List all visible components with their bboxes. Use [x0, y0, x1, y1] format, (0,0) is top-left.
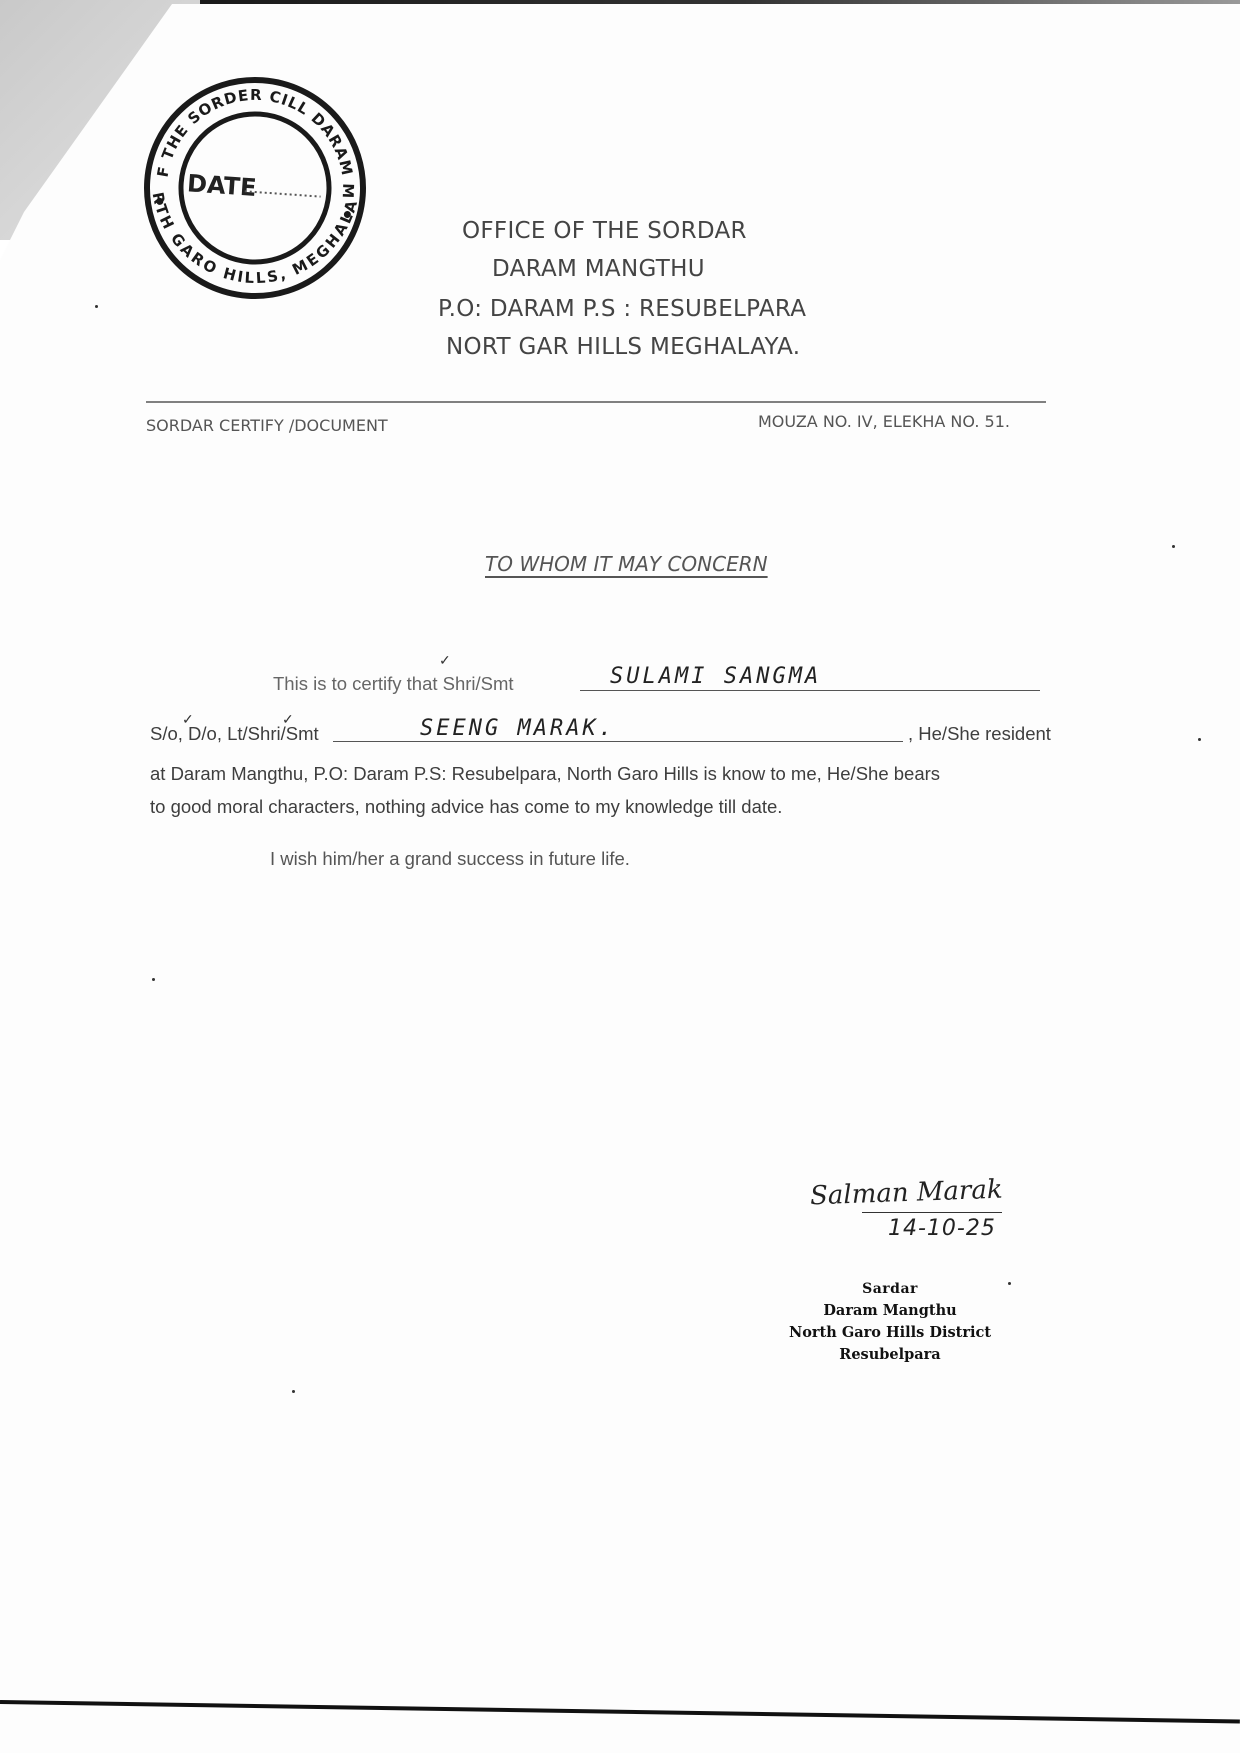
scan-speck [1198, 738, 1201, 741]
person-name-field: SULAMI SANGMA [610, 664, 821, 689]
person-name-underline [580, 690, 1040, 691]
office-location: DARAM MANGTHU [492, 256, 705, 282]
relation-prefix: S/o, D/o, Lt/Shri/Smt [150, 723, 319, 745]
office-region: NORT GAR HILLS MEGHALAYA. [446, 334, 800, 360]
scan-speck [1172, 545, 1175, 548]
relation-suffix: , He/She resident [908, 723, 1051, 745]
designation-subdivision: Resubelpara [760, 1344, 1020, 1366]
designation-village: Daram Mangthu [760, 1300, 1020, 1322]
residence-statement: at Daram Mangthu, P.O: Daram P.S: Resube… [150, 763, 940, 785]
designation-title: Sardar [760, 1278, 1020, 1300]
signature-date: 14-10-25 [888, 1216, 996, 1241]
mouza-reference: MOUZA NO. IV, ELEKHA NO. 51. [758, 412, 1010, 431]
check-mark-icon: ✓ [439, 652, 451, 669]
office-name: OFFICE OF THE SORDAR [462, 218, 747, 244]
stamp-date-label: DATE [186, 169, 257, 202]
signature-underline [862, 1212, 1002, 1213]
wish-statement: I wish him/her a grand success in future… [270, 848, 630, 870]
scan-speck [152, 978, 155, 981]
scan-speck [292, 1390, 295, 1393]
document-title: TO WHOM IT MAY CONCERN [485, 552, 768, 576]
scan-speck [1008, 1282, 1011, 1285]
scan-speck [95, 305, 98, 308]
office-postal: P.O: DARAM P.S : RESUBELPARA [438, 296, 806, 322]
certify-prefix: This is to certify that Shri/Smt [273, 673, 514, 695]
office-stamp: OFFICE OF THE SORDER CILL DARAM MANGTHU … [127, 60, 383, 316]
designation-seal: Sardar Daram Mangthu North Garo Hills Di… [760, 1278, 1020, 1366]
parent-name-field: SEENG MARAK. [420, 716, 615, 741]
header-divider [146, 401, 1046, 403]
document-type: SORDAR CERTIFY /DOCUMENT [146, 416, 388, 435]
parent-name-underline [333, 741, 903, 742]
designation-district: North Garo Hills District [760, 1322, 1020, 1344]
character-statement: to good moral characters, nothing advice… [150, 796, 782, 818]
stamp-seal-icon: OFFICE OF THE SORDER CILL DARAM MANGTHU … [127, 60, 383, 316]
